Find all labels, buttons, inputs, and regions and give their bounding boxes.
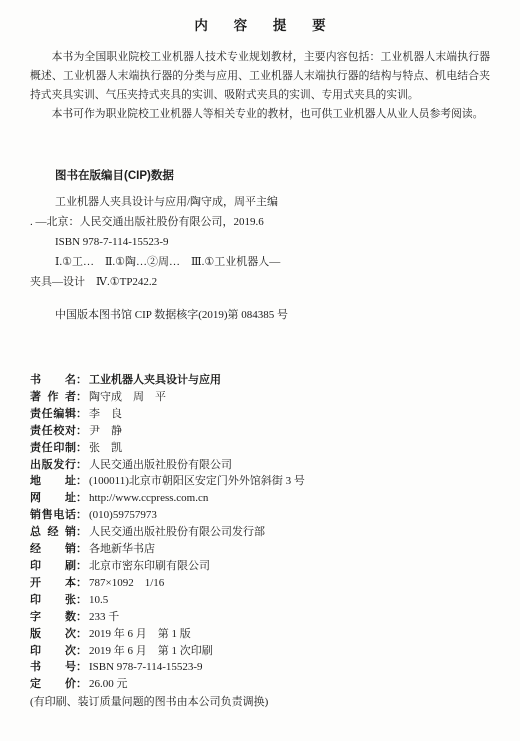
colophon-row-distributor: 经销：各地新华书店 [30,541,490,558]
row-value: 10.5 [89,594,108,606]
row-colon: ： [76,459,87,471]
colophon-row-printing: 印次：2019 年 6 月 第 1 次印刷 [30,643,490,660]
row-label: 印次 [30,643,76,660]
colophon-row-publisher: 出版发行：人民交通出版社股份有限公司 [30,457,490,474]
row-label: 字数 [30,609,76,626]
colophon-row-book-title: 书名：工业机器人夹具设计与应用 [30,372,490,389]
row-colon: ： [76,526,87,538]
row-colon: ： [76,425,87,437]
row-label: 印张 [30,592,76,609]
row-colon: ： [76,678,87,690]
row-label: 责任印制 [30,440,76,457]
colophon-row-print-supervisor: 责任印制：张 凯 [30,440,490,457]
cip-line-title-author: 工业机器人夹具设计与应用/陶守成，周平主编 [55,192,490,212]
row-value: 2019 年 6 月 第 1 次印刷 [89,645,213,657]
row-colon: ： [76,543,87,555]
row-label: 销售电话 [30,507,76,524]
colophon-row-authors: 著作者：陶守成 周 平 [30,389,490,406]
row-value: 人民交通出版社股份有限公司 [89,459,232,471]
row-value: 233 千 [89,611,119,623]
row-value: 787×1092 1/16 [89,577,164,589]
row-label: 印刷 [30,558,76,575]
colophon-row-format: 开本：787×1092 1/16 [30,575,490,592]
row-value: http://www.ccpress.com.cn [89,492,208,504]
row-value: 26.00 元 [89,678,128,690]
row-colon: ： [76,492,87,504]
summary-section: 内 容 提 要 本书为全国职业院校工业机器人技术专业规划教材，主要内容包括：工业… [30,14,490,124]
colophon-row-address: 地址：(100011)北京市朝阳区安定门外外馆斜街 3 号 [30,473,490,490]
cip-line-classification-2: 夹具—设计 Ⅳ.①TP242.2 [30,272,490,292]
colophon-row-isbn: 书号：ISBN 978-7-114-15523-9 [30,659,490,676]
row-colon: ： [76,628,87,640]
row-label: 责任校对 [30,423,76,440]
row-value: 张 凯 [89,442,122,454]
row-value: 各地新华书店 [89,543,155,555]
colophon-row-edition: 版次：2019 年 6 月 第 1 版 [30,626,490,643]
colophon-row-sheets: 印张：10.5 [30,592,490,609]
row-label: 书名 [30,372,76,389]
row-label: 书号 [30,659,76,676]
colophon-row-editor: 责任编辑：李 良 [30,406,490,423]
row-label: 开本 [30,575,76,592]
cip-line-isbn: ISBN 978-7-114-15523-9 [55,232,490,252]
row-colon: ： [76,509,87,521]
row-label: 总经销 [30,524,76,541]
colophon-row-price: 定价：26.00 元 [30,676,490,693]
row-colon: ： [76,442,87,454]
cip-record-number: 中国版本图书馆 CIP 数据核字(2019)第 084385 号 [55,305,490,325]
cip-section: 图书在版编目(CIP)数据 工业机器人夹具设计与应用/陶守成，周平主编 . —北… [30,167,490,325]
row-value: (100011)北京市朝阳区安定门外外馆斜街 3 号 [89,475,305,487]
summary-paragraph-2: 本书可作为职业院校工业机器人等相关专业的教材，也可供工业机器人从业人员参考阅读。 [30,105,490,124]
row-colon: ： [76,594,87,606]
row-label: 地址 [30,473,76,490]
row-label: 网址 [30,490,76,507]
row-value: 李 良 [89,408,122,420]
row-colon: ： [76,560,87,572]
colophon-row-proofreader: 责任校对：尹 静 [30,423,490,440]
row-label: 出版发行 [30,457,76,474]
colophon-section: 书名：工业机器人夹具设计与应用 著作者：陶守成 周 平 责任编辑：李 良 责任校… [30,372,490,693]
cip-line-classification-1: Ⅰ.①工… Ⅱ.①陶…②周… Ⅲ.①工业机器人— [55,252,490,272]
row-value: 人民交通出版社股份有限公司发行部 [89,526,265,538]
colophon-row-printer: 印刷：北京市密东印刷有限公司 [30,558,490,575]
colophon-row-website: 网址：http://www.ccpress.com.cn [30,490,490,507]
row-colon: ： [76,475,87,487]
cip-title: 图书在版编目(CIP)数据 [55,167,490,183]
row-label: 经销 [30,541,76,558]
row-colon: ： [76,645,87,657]
cip-line-publisher: . —北京：人民交通出版社股份有限公司，2019.6 [30,212,490,232]
row-value: 工业机器人夹具设计与应用 [89,374,221,386]
colophon-row-sales-phone: 销售电话：(010)59757973 [30,507,490,524]
row-value: (010)59757973 [89,509,157,521]
row-colon: ： [76,408,87,420]
row-value: ISBN 978-7-114-15523-9 [89,661,203,673]
row-colon: ： [76,611,87,623]
row-label: 著作者 [30,389,76,406]
row-label: 责任编辑 [30,406,76,423]
row-colon: ： [76,661,87,673]
copyright-page: 内 容 提 要 本书为全国职业院校工业机器人技术专业规划教材，主要内容包括：工业… [0,0,520,741]
row-value: 尹 静 [89,425,122,437]
summary-title: 内 容 提 要 [30,14,490,34]
quality-exchange-note: (有印刷、装订质量问题的图书由本公司负责调换) [30,694,490,711]
row-colon: ： [76,577,87,589]
row-value: 2019 年 6 月 第 1 版 [89,628,191,640]
row-value: 陶守成 周 平 [89,391,166,403]
row-colon: ： [76,391,87,403]
row-colon: ： [76,374,87,386]
row-label: 版次 [30,626,76,643]
colophon-row-general-distributor: 总经销：人民交通出版社股份有限公司发行部 [30,524,490,541]
colophon-row-word-count: 字数：233 千 [30,609,490,626]
summary-paragraph-1: 本书为全国职业院校工业机器人技术专业规划教材，主要内容包括：工业机器人末端执行器… [30,48,490,105]
row-value: 北京市密东印刷有限公司 [89,560,210,572]
row-label: 定价 [30,676,76,693]
